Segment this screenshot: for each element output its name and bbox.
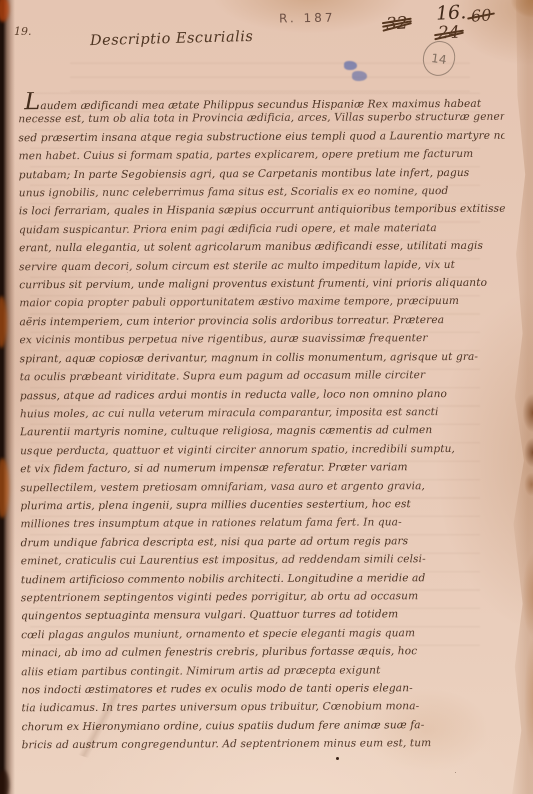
crossed-out-number-32: 32 <box>385 13 408 34</box>
folio-number: 19. <box>14 25 32 38</box>
manuscript-line: necesse est, tum ob alia tota in Provinc… <box>18 108 504 129</box>
binding-gutter <box>0 0 15 794</box>
manuscript-line: huius moles, ac cui nulla veterum miracu… <box>20 403 506 424</box>
manuscript-line: erant, nulla elegantia, ut solent agrico… <box>19 237 505 258</box>
corner-tear <box>499 0 533 28</box>
verso-show-through-header <box>70 52 470 92</box>
manuscript-line: aëris intemperiem, cum interior provinci… <box>19 311 505 332</box>
crossed-out-number-60: 60 <box>470 5 492 25</box>
page-title: Descriptio Escurialis <box>90 29 254 49</box>
torn-page-edge <box>507 0 533 794</box>
manuscript-line: bricis ad austrum congregenduntur. Ad se… <box>22 734 508 755</box>
manuscript-line: passus, atque ad radices ardui montis in… <box>20 384 506 405</box>
shelf-mark: R. 187 <box>279 11 336 26</box>
blue-stamp-remnant <box>352 71 367 81</box>
manuscript-line: is loci ferrariam, quales in Hispania sæ… <box>19 200 505 221</box>
manuscript-line: men habet. Cuius si formam spatia, parte… <box>19 145 505 166</box>
manuscript-page: 19. R. 187 32 16. 60 24 14 Descriptio Es… <box>0 0 533 794</box>
manuscript-body: Laudem ædificandi mea ætate Philippus se… <box>18 90 508 765</box>
blue-stamp-remnant <box>344 61 357 70</box>
manuscript-line: spirant, aquæ copiosæ derivantur, magnum… <box>20 347 506 368</box>
manuscript-line: maior copia propter pabuli opportunitate… <box>19 292 505 313</box>
manuscript-line: usque perducta, quattuor et viginti circ… <box>20 439 506 460</box>
current-number-16: 16. <box>435 1 466 25</box>
